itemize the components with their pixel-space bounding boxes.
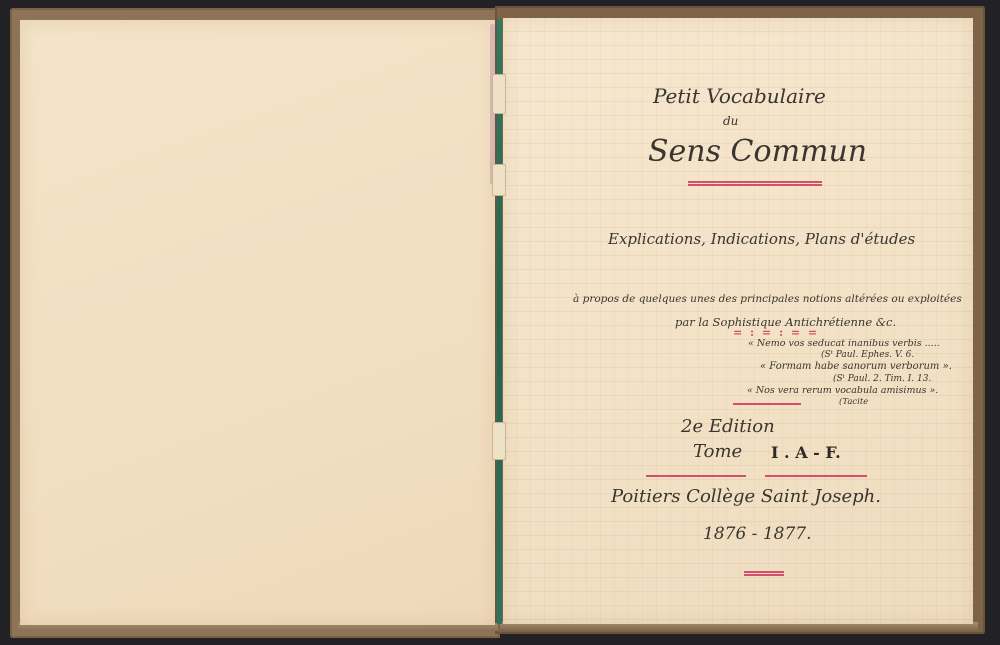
tome-underline-right <box>765 475 867 477</box>
edition: 2e Edition <box>681 416 775 437</box>
quote-2: « Formam habe sanorum verborum ». <box>760 361 952 372</box>
binding-tab <box>492 74 506 114</box>
binding-tab <box>492 422 506 460</box>
quote-1: « Nemo vos seducat inanibus verbis ..... <box>748 338 940 349</box>
years: 1876 - 1877. <box>703 524 811 544</box>
binding-gutter <box>488 14 512 629</box>
closing-underline <box>744 571 784 576</box>
title-line-2: du <box>723 114 738 128</box>
quote-3: « Nos vera rerum vocabula amisimus ». <box>747 385 938 396</box>
place: Poitiers Collège Saint Joseph. <box>611 486 881 507</box>
title-line-3: Sens Commun <box>648 134 867 169</box>
right-page-title-page: Petit Vocabulaire du Sens Commun Explica… <box>503 18 973 624</box>
quote-1-source: (Sᵗ Paul. Ephes. V. 6. <box>821 350 914 360</box>
tome-value: I . A - F. <box>771 443 841 462</box>
tome-underline-left <box>646 475 746 477</box>
quote-3-source: (Tacite <box>839 397 868 407</box>
subtitle: Explications, Indications, Plans d'étude… <box>608 230 915 248</box>
description-line-1: à propos de quelques unes des principale… <box>573 293 962 305</box>
tome-label: Tome <box>693 441 742 462</box>
binding-tab <box>492 164 506 196</box>
quote-2-source: (Sᵗ Paul. 2. Tim. I. 13. <box>833 374 931 384</box>
title-underline <box>688 181 822 186</box>
left-page-blank <box>20 20 495 625</box>
title-line-1: Petit Vocabulaire <box>653 84 826 108</box>
quotes-underline <box>733 403 801 405</box>
